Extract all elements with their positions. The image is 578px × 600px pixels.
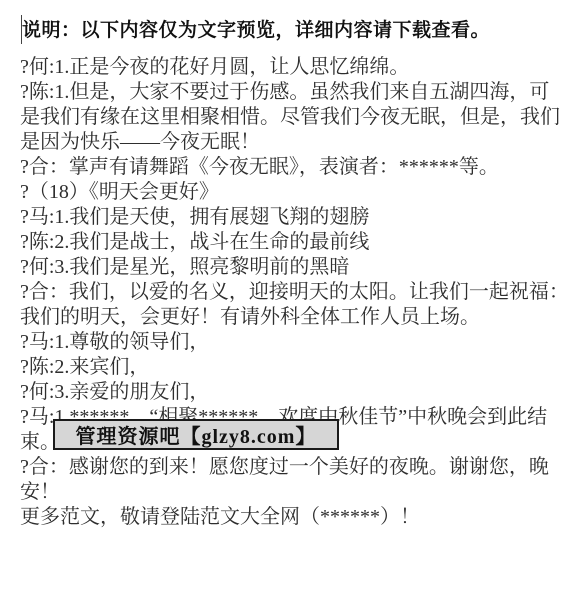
text-line: ?陈:2.来宾们， [20,355,572,380]
text-line: ?合：掌声有请舞蹈《今夜无眠》，表演者：******等。 [20,155,572,180]
text-line: ?陈:2.我们是战士，战斗在生命的最前线 [20,230,572,255]
text-line: ?马:1.我们是天使，拥有展翅飞翔的翅膀 [20,205,572,230]
watermark-label: 管理资源吧【glzy8.com】 [76,420,317,449]
text-line: ?何:3.亲爱的朋友们， [20,380,572,405]
document-body: ?何:1.正是今夜的花好月圆，让人思忆绵绵。?陈:1.但是，大家不要过于伤感。虽… [20,55,572,530]
text-line: ?合：我们，以爱的名义，迎接明天的太阳。让我们一起祝福： [20,280,572,305]
text-line: ?合：感谢您的到来！愿您度过一个美好的夜晚。谢谢您，晚 [20,455,572,480]
text-line: ?马:1.尊敬的领导们， [20,330,572,355]
text-line: 更多范文，敬请登陆范文大全网（******）！ [20,505,572,530]
text-line: ?何:1.正是今夜的花好月圆，让人思忆绵绵。 [20,55,572,80]
document-preview-page: 说明：以下内容仅为文字预览，详细内容请下载查看。 ?何:1.正是今夜的花好月圆，… [0,0,578,600]
text-line: 是因为快乐——今夜无眠！ [20,130,572,155]
text-line: 是我们有缘在这里相聚相惜。尽管我们今夜无眠，但是，我们 [20,105,572,130]
watermark-badge: 管理资源吧【glzy8.com】 [53,419,339,450]
text-line: ?（18）《明天会更好》 [20,180,572,205]
text-line: 安！ [20,480,572,505]
text-line: ?何:3.我们是星光，照亮黎明前的黑暗 [20,255,572,280]
preview-notice: 说明：以下内容仅为文字预览，详细内容请下载查看。 [22,15,562,42]
text-line: 我们的明天，会更好！有请外科全体工作人员上场。 [20,305,572,330]
text-line: ?陈:1.但是，大家不要过于伤感。虽然我们来自五湖四海，可 [20,80,572,105]
